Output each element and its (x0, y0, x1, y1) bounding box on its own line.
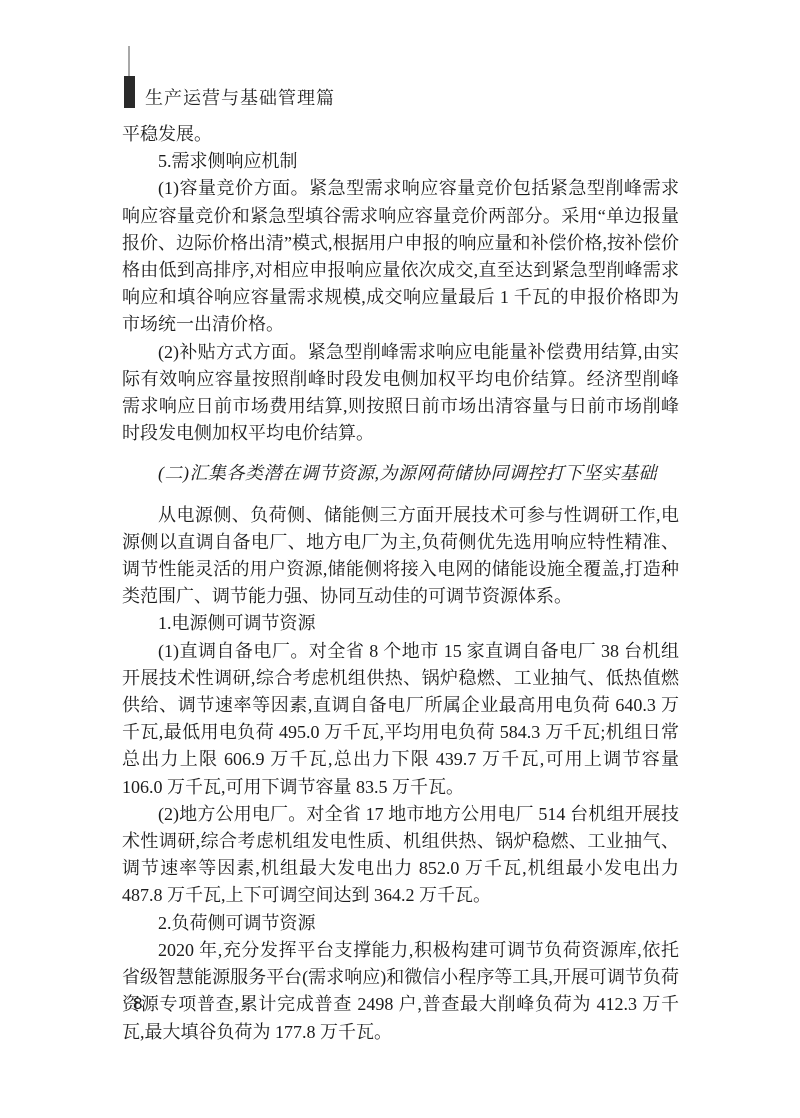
paragraph-self-owned-plants: (1)直调自备电厂。对全省 8 个地市 15 家直调自备电厂 38 台机组开展技… (122, 638, 679, 801)
paragraph-survey-overview: 从电源侧、负荷侧、储能侧三方面开展技术可参与性调研工作,电源侧以直调自备电厂、地… (122, 502, 679, 611)
header-black-bar (124, 76, 135, 108)
running-header-chapter-title: 生产运营与基础管理篇 (145, 84, 335, 110)
paragraph-subsidy-method: (2)补贴方式方面。紧急型削峰需求响应电能量补偿费用结算,由实际有效响应容量按照… (122, 339, 679, 448)
paragraph-capacity-bidding: (1)容量竞价方面。紧急型需求响应容量竞价包括紧急型削峰需求响应容量竞价和紧急型… (122, 175, 679, 338)
paragraph-load-side-resources: 2020 年,充分发挥平台支撑能力,积极构建可调节负荷资源库,依托省级智慧能源服… (122, 937, 679, 1046)
book-page: 生产运营与基础管理篇 平稳发展。 5.需求侧响应机制 (1)容量竞价方面。紧急型… (0, 0, 800, 1118)
paragraph-continuation: 平稳发展。 (122, 121, 679, 148)
header-thin-rule (128, 46, 130, 77)
subsection-heading-1-power-side: 1.电源侧可调节资源 (122, 610, 679, 637)
subsection-heading-2-load-side: 2.负荷侧可调节资源 (122, 910, 679, 937)
body-text-block: 平稳发展。 5.需求侧响应机制 (1)容量竞价方面。紧急型需求响应容量竞价包括紧… (122, 121, 679, 1046)
subsection-heading-5: 5.需求侧响应机制 (122, 148, 679, 175)
section-heading-two: (二)汇集各类潜在调节资源,为源网荷储协同调控打下坚实基础 (122, 460, 679, 487)
page-number: 8 (133, 994, 142, 1014)
paragraph-local-public-plants: (2)地方公用电厂。对全省 17 地市地方公用电厂 514 台机组开展技术性调研… (122, 801, 679, 910)
